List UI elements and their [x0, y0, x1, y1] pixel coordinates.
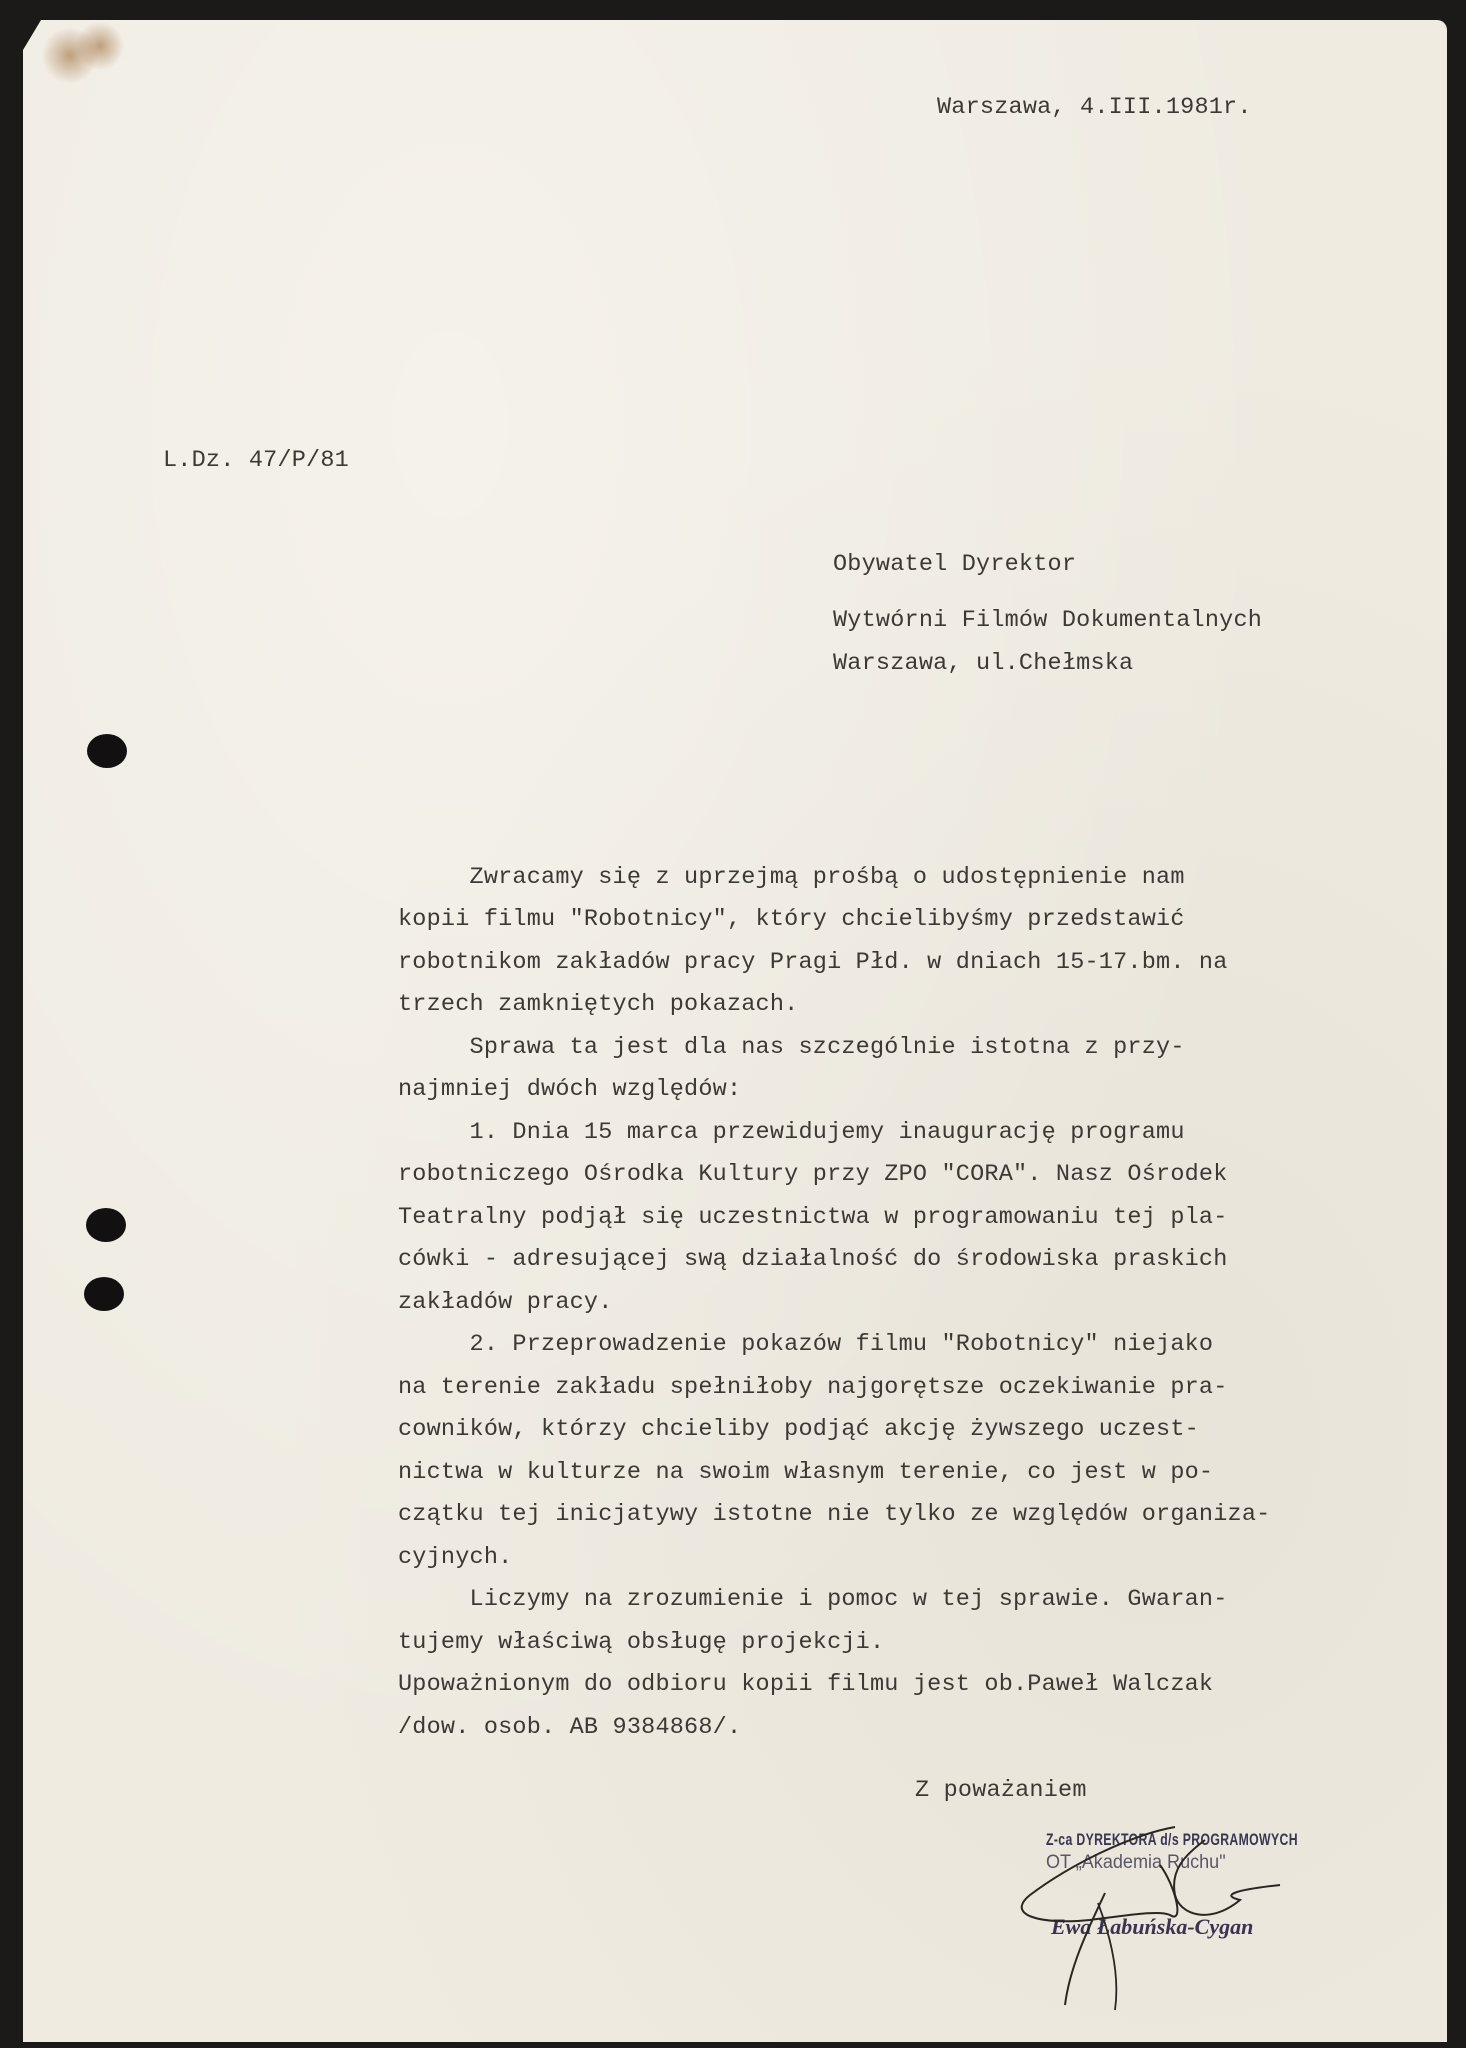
- body-line: 1. Dnia 15 marca przewidujemy inauguracj…: [398, 1121, 1185, 1145]
- body-line: Sprawa ta jest dla nas szczególnie istot…: [398, 1036, 1185, 1060]
- punch-hole: [87, 734, 127, 768]
- body-line: Zwracamy się z uprzejmą prośbą o udostęp…: [398, 866, 1185, 890]
- closing-salutation: Z poważaniem: [915, 1779, 1087, 1803]
- body-line: /dow. osob. AB 9384868/.: [398, 1716, 741, 1740]
- body-line: czątku tej inicjatywy istotne nie tylko …: [398, 1503, 1270, 1527]
- body-line: kopii filmu "Robotnicy", który chcieliby…: [398, 908, 1185, 932]
- body-line: zakładów pracy.: [398, 1291, 613, 1315]
- punch-hole: [84, 1277, 124, 1311]
- body-line: robotniczego Ośrodka Kultury przy ZPO "C…: [398, 1163, 1228, 1187]
- body-line: robotnikom zakładów pracy Pragi Płd. w d…: [398, 951, 1228, 975]
- body-line: tujemy właściwą obsługę projekcji.: [398, 1631, 884, 1655]
- body-line: cówki - adresującej swą działalność do ś…: [398, 1248, 1228, 1272]
- body-line: trzech zamkniętych pokazach.: [398, 993, 798, 1017]
- recipient-line: Warszawa, ul.Chełmska: [833, 652, 1133, 676]
- body-line: Liczymy na zrozumienie i pomoc w tej spr…: [398, 1588, 1228, 1612]
- body-line: 2. Przeprowadzenie pokazów filmu "Robotn…: [398, 1333, 1213, 1357]
- recipient-line: Wytwórni Filmów Dokumentalnych: [833, 609, 1262, 633]
- recipient-line: Obywatel Dyrektor: [833, 553, 1076, 577]
- body-line: na terenie zakładu spełniłoby najgorętsz…: [398, 1376, 1228, 1400]
- body-line: cowników, którzy chcieliby podjąć akcję …: [398, 1418, 1199, 1442]
- body-line: najmniej dwóch względów:: [398, 1078, 741, 1102]
- handwritten-signature: [1010, 1815, 1330, 2015]
- rust-stain: [75, 22, 125, 70]
- date-line: Warszawa, 4.III.1981r.: [937, 96, 1252, 120]
- punch-hole: [86, 1208, 126, 1242]
- body-line: cyjnych.: [398, 1546, 512, 1570]
- body-line: Upoważnionym do odbioru kopii filmu jest…: [398, 1673, 1213, 1697]
- reference-number: L.Dz. 47/P/81: [163, 449, 349, 473]
- body-line: nictwa w kulturze na swoim własnym teren…: [398, 1461, 1213, 1485]
- body-line: Teatralny podjął się uczestnictwa w prog…: [398, 1206, 1228, 1230]
